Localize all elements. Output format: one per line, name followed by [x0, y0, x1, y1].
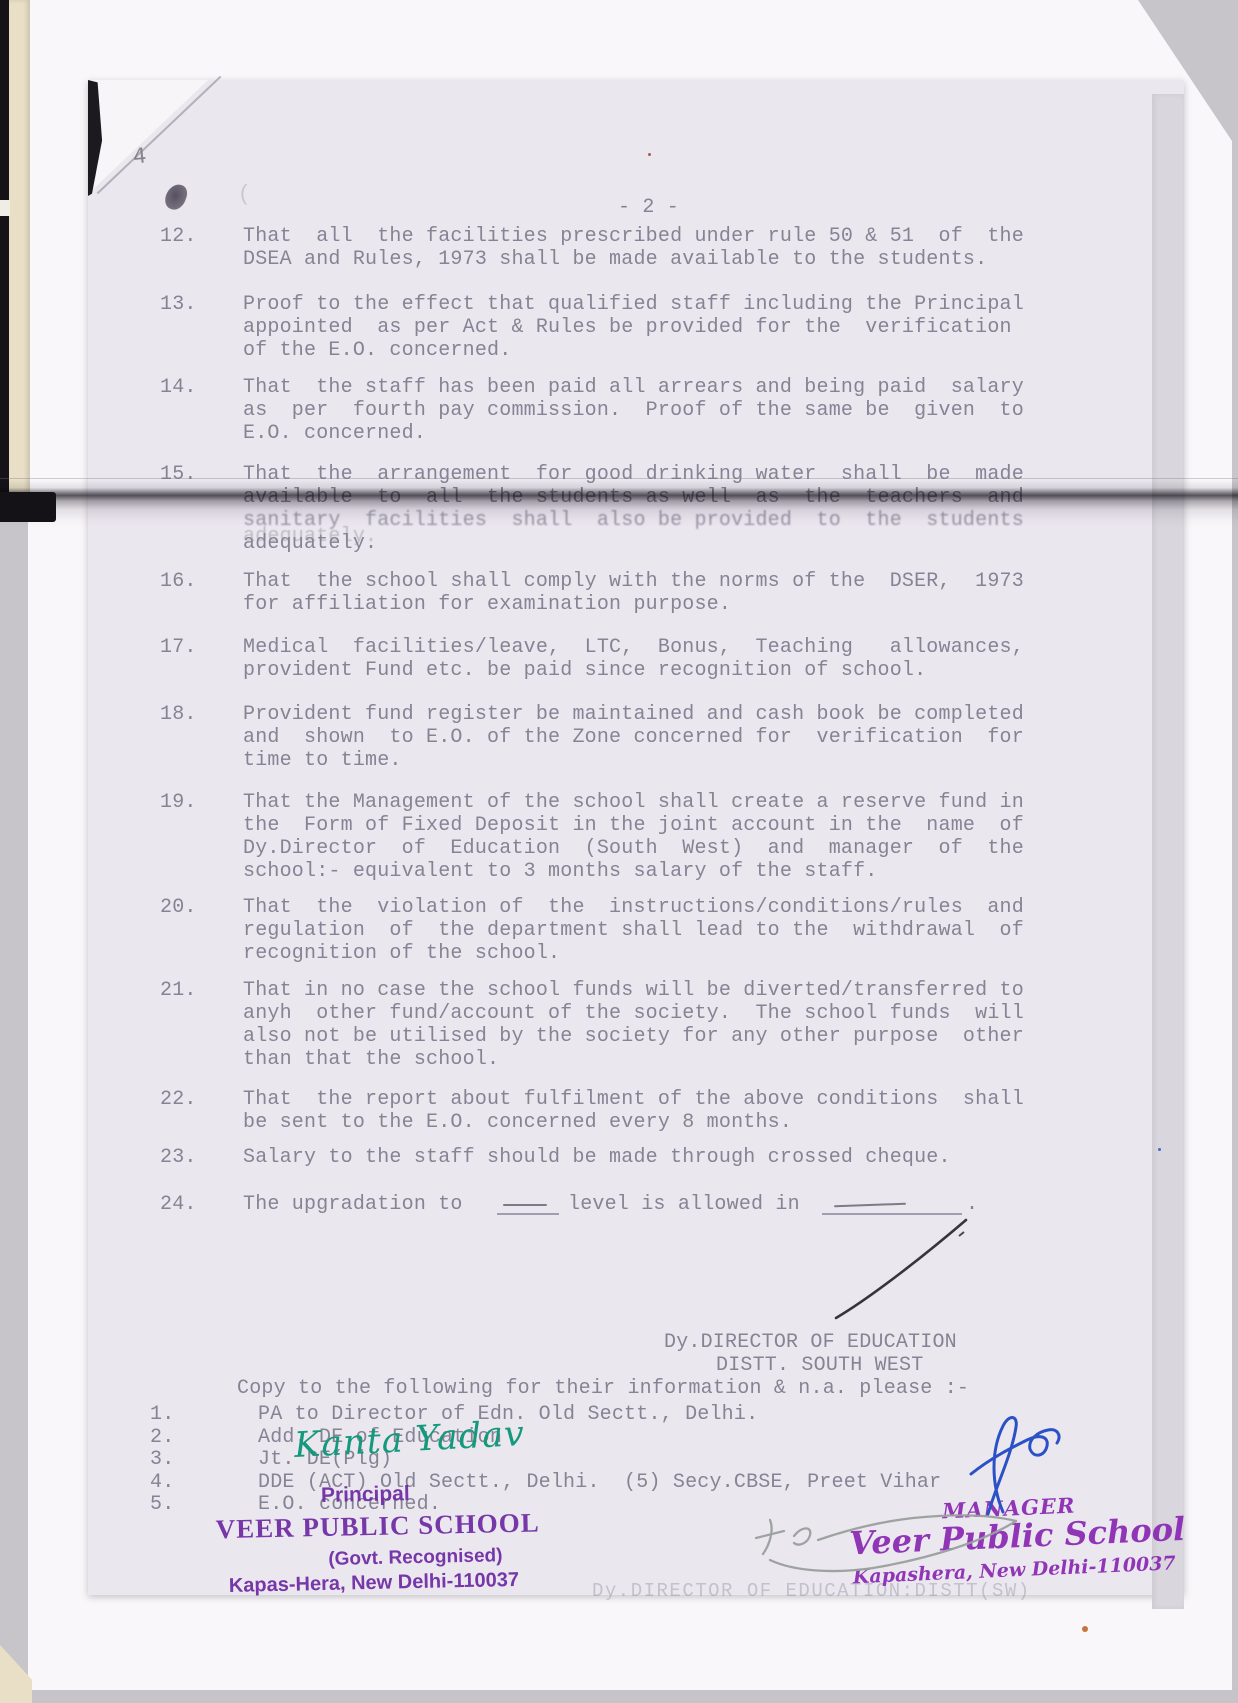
scanned-document-page: { "document": { "page_number": "- 2 -", …	[0, 0, 1238, 1703]
dash-mark	[834, 1203, 906, 1208]
item-line: That the Management of the school shall …	[243, 791, 1120, 814]
scan-edge-notch	[0, 200, 10, 216]
stamp-recognition: (Govt. Recognised)	[328, 1545, 503, 1571]
condition-item-20: 20. That the violation of the instructio…	[160, 896, 1120, 965]
pencil-mark: 4	[132, 143, 148, 168]
page-edge-shadow	[1152, 94, 1184, 1609]
item-line: as per fourth pay commission. Proof of t…	[243, 399, 1120, 422]
item-number: 19.	[160, 791, 197, 814]
scan-edge-black-strip	[0, 0, 9, 492]
item-line: also not be utilised by the society for …	[243, 1025, 1120, 1048]
ink-speck	[648, 153, 651, 156]
item-number: 23.	[160, 1146, 197, 1169]
item-number: 12.	[160, 225, 197, 248]
item-line: E.O. concerned.	[243, 422, 1120, 445]
item-number: 17.	[160, 636, 197, 659]
item-line: That all the facilities prescribed under…	[243, 225, 1120, 248]
item-line: Provident fund register be maintained an…	[243, 703, 1120, 726]
item-line: for affiliation for examination purpose.	[243, 593, 1120, 616]
item-line: provident Fund etc. be paid since recogn…	[243, 659, 1120, 682]
dog-ear-fold	[88, 80, 208, 194]
item-line: appointed as per Act & Rules be provided…	[243, 316, 1120, 339]
item-line: of the E.O. concerned.	[243, 339, 1120, 362]
condition-item-23: 23. Salary to the staff should be made t…	[160, 1146, 1120, 1169]
scan-fold-dark-chunk	[0, 492, 56, 522]
scanner-bottom-band	[0, 1690, 1238, 1703]
condition-item-22: 22. That the report about fulfilment of …	[160, 1088, 1120, 1134]
item-line: That in no case the school funds will be…	[243, 979, 1120, 1002]
item-text: The upgradation to	[243, 1193, 463, 1216]
copy-list-item: 1.PA to Director of Edn. Old Sectt., Del…	[150, 1404, 941, 1427]
condition-item-13: 13. Proof to the effect that qualified s…	[160, 293, 1120, 362]
item-number: 14.	[160, 376, 197, 399]
item-line: school:- equivalent to 3 months salary o…	[243, 860, 1120, 883]
item-line: Salary to the staff should be made throu…	[243, 1146, 1120, 1169]
item-line: the Form of Fixed Deposit in the joint a…	[243, 814, 1120, 837]
item-number: 18.	[160, 703, 197, 726]
principal-stamp: Principal VEER PUBLIC SCHOOL (Govt. Reco…	[207, 1474, 630, 1613]
item-line: DSEA and Rules, 1973 shall be made avail…	[243, 248, 1120, 271]
photocopied-letter-page: 4 ( - 2 - 12. That all the facilities pr…	[88, 80, 1184, 1595]
item-line: anyh other fund/account of the society. …	[243, 1002, 1120, 1025]
condition-item-17: 17. Medical facilities/leave, LTC, Bonus…	[160, 636, 1120, 682]
item-line: That the staff has been paid all arrears…	[243, 376, 1120, 399]
item-line-ghosted: adequately.	[243, 532, 1120, 555]
copy-to-heading: Copy to the following for their informat…	[237, 1377, 969, 1400]
condition-item-18: 18. Provident fund register be maintaine…	[160, 703, 1120, 772]
list-number: 3.	[150, 1449, 258, 1472]
condition-item-16: 16. That the school shall comply with th…	[160, 570, 1120, 616]
item-line: than that the school.	[243, 1048, 1120, 1071]
item-line: Dy.Director of Education (South West) an…	[243, 837, 1120, 860]
condition-item-12: 12. That all the facilities prescribed u…	[160, 225, 1120, 271]
page-number: - 2 -	[618, 196, 679, 219]
item-line: recognition of the school.	[243, 942, 1120, 965]
item-number: 13.	[160, 293, 197, 316]
item-line: That the violation of the instructions/c…	[243, 896, 1120, 919]
condition-item-19: 19. That the Management of the school sh…	[160, 791, 1120, 883]
list-number: 1.	[150, 1404, 258, 1427]
ink-speck	[1158, 1148, 1161, 1151]
stamp-title: Principal	[321, 1482, 410, 1508]
item-number: 20.	[160, 896, 197, 919]
item-text: level is allowed in	[568, 1193, 800, 1216]
secondary-signature	[748, 1508, 1048, 1583]
copy-list-item: 2.Add. DE of Education	[150, 1427, 941, 1450]
item-number: 24.	[160, 1193, 197, 1216]
ink-smudge	[162, 182, 189, 213]
item-line: and shown to E.O. of the Zone concerned …	[243, 726, 1120, 749]
item-line: That the school shall comply with the no…	[243, 570, 1120, 593]
condition-item-14: 14. That the staff has been paid all arr…	[160, 376, 1120, 445]
item-line: Proof to the effect that qualified staff…	[243, 293, 1120, 316]
item-line: regulation of the department shall lead …	[243, 919, 1120, 942]
scan-edge-cream-strip	[9, 0, 30, 492]
stamp-school-name: VEER PUBLIC SCHOOL	[215, 1507, 540, 1545]
item-line: Medical facilities/leave, LTC, Bonus, Te…	[243, 636, 1120, 659]
fold-ghost-line	[0, 478, 1238, 479]
item-line: time to time.	[243, 749, 1120, 772]
dash-mark	[503, 1204, 547, 1206]
manager-signature	[933, 1412, 1073, 1522]
condition-item-15: 15. That the arrangement for good drinki…	[160, 463, 1120, 555]
signoff-title: Dy.DIRECTOR OF EDUCATION	[664, 1331, 957, 1354]
item-line: be sent to the E.O. concerned every 8 mo…	[243, 1111, 1120, 1134]
copy-list-item: 3.Jt. DE(Plg)	[150, 1449, 941, 1472]
item-number: 15.	[160, 463, 197, 486]
item-number: 22.	[160, 1088, 197, 1111]
condition-item-21: 21. That in no case the school funds wil…	[160, 979, 1120, 1071]
item-line-blurred: sanitary facilities shall also be provid…	[243, 509, 1120, 532]
item-number: 16.	[160, 570, 197, 593]
item-number: 21.	[160, 979, 197, 1002]
pen-stroke-signature	[828, 1212, 978, 1327]
faint-mark: (	[240, 180, 247, 206]
item-line: That the report about fulfilment of the …	[243, 1088, 1120, 1111]
item-line: That the arrangement for good drinking w…	[243, 463, 1120, 486]
blank-line	[497, 1195, 559, 1215]
signoff-district: DISTT. SOUTH WEST	[716, 1354, 923, 1377]
orange-speck	[1082, 1626, 1088, 1632]
item-line: available to all the students as well as…	[243, 486, 1120, 509]
stamp-address: Kapas-Hera, New Delhi-110037	[229, 1569, 520, 1598]
list-number: 2.	[150, 1427, 258, 1450]
